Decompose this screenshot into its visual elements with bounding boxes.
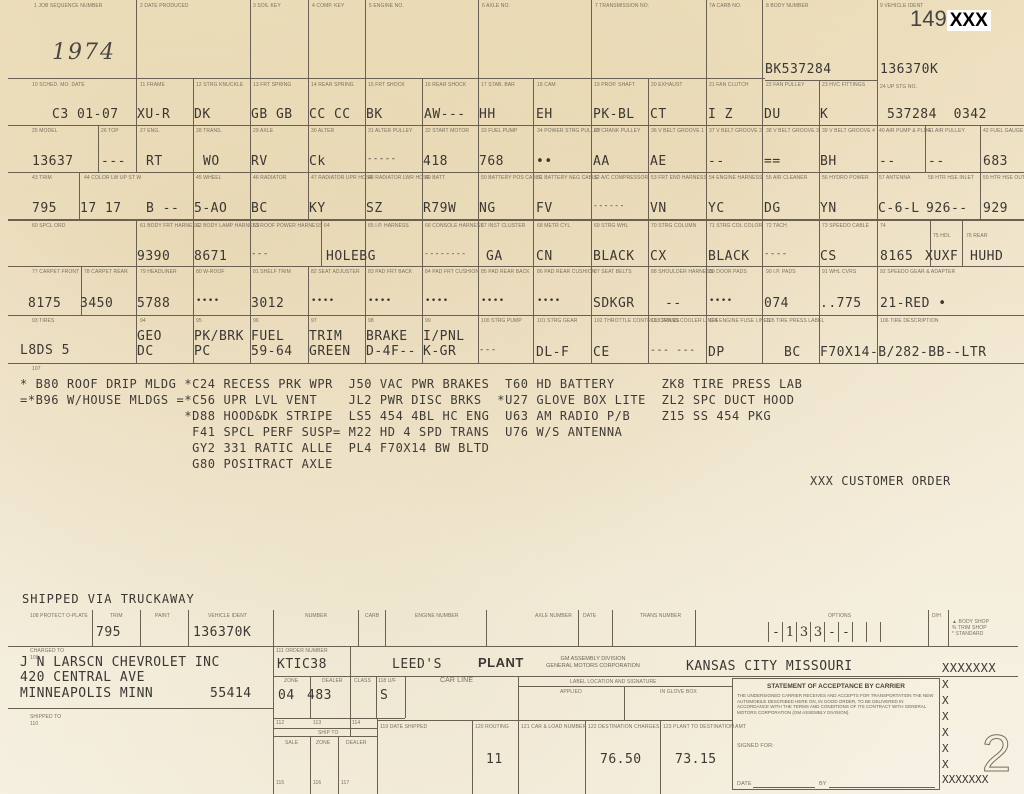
- label-dest-charges: 122 DESTINATION CHARGES: [588, 724, 659, 730]
- option-line: * B80 ROOF DRIP MLDG *C24 RECESS PRK WPR…: [20, 376, 802, 392]
- label-options: OPTIONS: [828, 613, 851, 619]
- model-year-stamp: 1974: [52, 40, 116, 65]
- value-model: 13637: [32, 154, 74, 169]
- label-body-lamp-harness: 62 BODY LAMP HARNESS: [196, 223, 260, 229]
- label-date-shipped: 119 DATE SHIPPED: [380, 724, 427, 730]
- label-rear-shock: 16 REAR SHOCK: [425, 82, 466, 88]
- option-box: -: [768, 622, 783, 642]
- label-115: 115: [276, 780, 284, 786]
- label-dealer: DEALER: [322, 678, 343, 684]
- option-box: -: [838, 622, 853, 642]
- row-divider: [273, 676, 1018, 677]
- label-antenna: 57 ANTENNA: [879, 175, 911, 181]
- col-divider: [376, 676, 377, 718]
- col-divider: [350, 676, 351, 736]
- label-body-number: 8 BODY NUMBER: [766, 3, 809, 9]
- label-zone: ZONE: [284, 678, 298, 684]
- col-divider: [136, 125, 137, 172]
- label-ip-harness: 65 I.P. HARNESS: [368, 223, 409, 229]
- label-inst-cluster: 67 INST CLUSTER: [481, 223, 525, 229]
- col-divider: [706, 0, 707, 125]
- plant-dest-value: 73.15: [675, 752, 717, 767]
- label-rear-spring: 14 REAR SPRING: [311, 82, 354, 88]
- label-headliner: 79 HEADLINER: [140, 269, 177, 275]
- label-top: 26 TOP: [101, 128, 119, 134]
- vehicle-ident-number: 149XXX: [910, 6, 991, 32]
- label-transmission-no: 7 TRANSMISSION NO.: [595, 3, 649, 9]
- label-96: 96: [253, 318, 259, 324]
- value-eng: RT: [146, 154, 163, 169]
- row-divider: [8, 78, 765, 79]
- value-tag-99: I/PNL K-GR: [423, 329, 465, 359]
- label-stab-bar: 17 STAB. BAR: [481, 82, 515, 88]
- label-seat-belts: 87 SEAT BELTS: [594, 269, 632, 275]
- value-speedo-gear: 21-RED •: [880, 296, 947, 311]
- value-batt: R79W: [423, 201, 456, 216]
- row-divider: [8, 363, 1024, 364]
- value-air-pump: --: [879, 154, 896, 169]
- value-stab-bar: HH: [479, 107, 496, 122]
- label-spcl-ord: 60 SPCL ORD: [32, 223, 65, 229]
- label-vbelt-3: 38 V BELT GROOVE 3: [766, 128, 819, 134]
- label-comp-key: 4 COMP. KEY: [312, 3, 344, 9]
- option-line: *D88 HOOD&DK STRIPE LS5 454 4BL HC ENG U…: [20, 408, 771, 424]
- label-97: 97: [311, 318, 317, 324]
- label-carpet-rear: 78 CARPET REAR: [84, 269, 128, 275]
- value-w-roof: ••••: [196, 296, 220, 306]
- value-carpet-rear: 3450: [80, 296, 113, 311]
- dealer-name: J N LARSCN CHEVROLET INC: [20, 655, 220, 670]
- value-cam: EH: [536, 107, 553, 122]
- row-divider: [8, 708, 273, 709]
- label-trans-number: TRANS NUMBER: [640, 613, 681, 619]
- label-eng: 27 ENG.: [140, 128, 160, 134]
- row-divider: [8, 219, 1024, 221]
- option-box: [866, 622, 881, 642]
- col-divider: [518, 676, 519, 794]
- option-line: =*B96 W/HOUSE MLDGS =*C56 UPR LVL VENT J…: [20, 392, 795, 408]
- label-fan-clutch: 21 FAN CLUTCH: [709, 82, 749, 88]
- date-label: DATE: [737, 781, 752, 787]
- label-radiator: 46 RADIATOR: [253, 175, 286, 181]
- value-battery-pos: NG: [479, 201, 496, 216]
- col-divider: [928, 610, 929, 646]
- value-seat-belts: SDKGR: [593, 296, 635, 311]
- dealer-zip: 55414: [210, 686, 252, 701]
- col-divider: [591, 125, 592, 219]
- label-ac-compressor: 52 A/C COMPRESSOR: [594, 175, 648, 181]
- statement-body: The undersigned carrier receives and acc…: [737, 693, 935, 715]
- value-pad-frt-cushion: ••••: [425, 296, 449, 306]
- label-hdl: 75 HDL: [933, 233, 951, 239]
- label-64: 64: [324, 223, 330, 229]
- col-divider: [980, 125, 981, 219]
- label-strg-whl: 69 STRG WHL: [594, 223, 628, 229]
- value-color: 17 17: [80, 201, 122, 216]
- value-inst-cluster: GA: [486, 249, 503, 264]
- vin-prefix: 149: [910, 6, 947, 31]
- value-shoulder-harness: --: [665, 296, 682, 311]
- label-label-location: LABEL LOCATION AND SIGNATURE: [570, 679, 657, 685]
- ship-vehicle-ident-value: 136370K: [193, 625, 251, 640]
- ship-trim-value: 795: [96, 625, 121, 640]
- label-crank-pulley: 35 CRANK PULLEY: [594, 128, 641, 134]
- col-divider: [762, 125, 763, 219]
- label-114: 114: [352, 720, 360, 726]
- label-hydro-power: 56 HYDRO POWER: [822, 175, 869, 181]
- label-pad-frt-back: 83 PAD FRT BACK: [368, 269, 412, 275]
- label-tire-press: 105 TIRE PRESS LABEL: [766, 318, 824, 324]
- option-box: 3: [796, 622, 811, 642]
- value-carpet-front: 8175: [28, 296, 61, 311]
- value-whl-cvrs: ..775: [820, 296, 862, 311]
- row-divider: [8, 266, 1024, 267]
- value-trim: 795: [32, 201, 57, 216]
- label-tire-desc: 106 TIRE DESCRIPTION: [880, 318, 939, 324]
- col-divider: [612, 610, 613, 646]
- label-console-harness: 66 CONSOLE HARNESS: [425, 223, 484, 229]
- uf-value: S: [380, 688, 388, 703]
- label-116: 116: [313, 780, 321, 786]
- label-model: 25 MODEL: [32, 128, 58, 134]
- value-exhaust: CT: [650, 107, 667, 122]
- label-protect-oplate: 108 PROTECT O-PLATE: [30, 613, 88, 619]
- value-color-st: B --: [146, 201, 179, 216]
- value-ac-compressor: ------: [593, 201, 625, 210]
- label-battery-pos: 50 BATTERY POS CABLE: [481, 175, 542, 181]
- value-frame: XU-R: [137, 107, 170, 122]
- row-divider: [273, 736, 378, 737]
- label-in-glove-box: IN GLOVE BOX: [660, 689, 697, 695]
- label-shoulder-harness: 88 SHOULDER HARNESS: [651, 269, 713, 275]
- label-batt: 49 BATT: [425, 175, 445, 181]
- plant-word: PLANT: [478, 655, 524, 670]
- value-strg-knuckle: DK: [194, 107, 211, 122]
- option-box: 3: [810, 622, 825, 642]
- date-signature-line[interactable]: [753, 787, 815, 788]
- value-pad-rear-cushion: ••••: [537, 296, 561, 306]
- value-rear-shock: AW---: [424, 107, 466, 122]
- label-speedo-gear: 92 SPEEDO GEAR & ADAPTER: [880, 269, 955, 275]
- label-number: NUMBER: [305, 613, 327, 619]
- col-divider: [533, 219, 534, 363]
- label-vbelt-4: 39 V BELT GROOVE 4: [822, 128, 875, 134]
- value-rear: HUHD: [970, 249, 1003, 264]
- value-start-motor: 418: [423, 154, 448, 169]
- label-94: 94: [140, 318, 146, 324]
- x-mark: X: [942, 694, 949, 707]
- label-strg-gear: 101 STRG GEAR: [537, 318, 577, 324]
- label-prop-shaft: 19 PROP. SHAFT: [594, 82, 635, 88]
- label-dh: D/H: [932, 613, 941, 619]
- label-uf: 118 U/F: [378, 678, 396, 684]
- label-fuel-gauge: 42 FUEL GAUGE: [983, 128, 1023, 134]
- col-divider: [533, 78, 534, 125]
- value-throttle-cables: CE: [593, 345, 610, 360]
- value-speedo-cable: CS: [820, 249, 837, 264]
- label-shelf-trim: 81 SHELF TRIM: [253, 269, 291, 275]
- value-htr-inlet: 926--: [926, 201, 968, 216]
- dealer-city: MINNEAPOLIS MINN: [20, 686, 153, 701]
- order-number-value: KTIC38: [277, 657, 327, 672]
- label-sale: SALE: [285, 740, 298, 746]
- customer-order-note: XXX CUSTOMER ORDER: [810, 473, 951, 489]
- label-strg-knuckle: 12 STRG KNUCKLE: [196, 82, 243, 88]
- col-divider: [762, 0, 763, 125]
- col-divider: [948, 610, 949, 646]
- copy-number: 2: [982, 728, 1011, 780]
- value-pad-frt-back: ••••: [368, 296, 392, 306]
- label-ip-pads: 90 I.P. PADS: [766, 269, 796, 275]
- label-ship-dealer: DEALER: [346, 740, 367, 746]
- value-tag-98: BRAKE D-4F--: [366, 329, 416, 359]
- label-rear: 76 REAR: [966, 233, 988, 239]
- option-box: 1: [782, 622, 797, 642]
- value-console-harness: --------: [424, 249, 467, 258]
- value-wheel: 5-AO: [194, 201, 227, 216]
- label-ship-zone: ZONE: [316, 740, 330, 746]
- label-95: 95: [196, 318, 202, 324]
- col-divider: [648, 78, 649, 125]
- value-alter-pulley: -----: [367, 154, 397, 164]
- col-divider: [695, 610, 696, 646]
- label-exhaust: 20 EXHAUST: [651, 82, 683, 88]
- label-roof-power-harness: 63 ROOF POWER HARNESS: [253, 223, 322, 229]
- label-cam: 18 CAM: [537, 82, 556, 88]
- by-label: BY: [819, 781, 827, 787]
- option-line: G80 POSITRACT AXLE: [20, 456, 333, 472]
- label-frame: 11 FRAME: [140, 82, 165, 88]
- row-divider: [377, 720, 732, 721]
- value-strg-gear: DL-F: [536, 345, 569, 360]
- value-tag-94: GEO DC: [137, 329, 162, 359]
- col-divider: [273, 646, 274, 794]
- row-divider: [8, 646, 1018, 647]
- value-engine-harness: YC: [708, 201, 725, 216]
- shipped-via: SHIPPED VIA TRUCKAWAY: [22, 592, 195, 606]
- label-job-sequence: 1 JOB SEQUENCE NUMBER: [34, 3, 103, 9]
- value-vbelt-2: --: [708, 154, 725, 169]
- label-frt-shock: 15 FRT SHOCK: [368, 82, 405, 88]
- label-air-pump: 40 AIR PUMP & PLUG: [879, 128, 931, 134]
- label-pad-rear-cushion: 86 PAD REAR CUSHION: [537, 269, 596, 275]
- value-strg-col-color: BLACK: [708, 249, 750, 264]
- plant-city: KANSAS CITY MISSOURI: [686, 659, 853, 674]
- value-up-stg: 537284 0342: [887, 107, 987, 122]
- vin-redacted: XXX: [947, 10, 991, 31]
- col-divider: [533, 125, 534, 219]
- value-htr-outlet: 929: [983, 201, 1008, 216]
- label-htr-inlet: 58 HTR HSE INLET: [928, 175, 974, 181]
- value-power-strg-pulley: ••: [536, 154, 553, 169]
- general-motors-corporation: GENERAL MOTORS CORPORATION: [530, 663, 656, 670]
- label-98: 98: [368, 318, 374, 324]
- label-113: 113: [313, 720, 321, 726]
- label-radiator-upr-hose: 47 RADIATOR UPR HOSE: [311, 175, 373, 181]
- value-64: HOLEBG: [326, 249, 376, 264]
- label-carb: CARB: [365, 613, 379, 619]
- label-74: 74: [880, 223, 886, 229]
- col-divider: [591, 219, 592, 363]
- label-pad-rear-back: 85 PAD REAR BACK: [481, 269, 530, 275]
- gm-division: GM ASSEMBLY DIVISION GENERAL MOTORS CORP…: [530, 656, 656, 669]
- value-tire-desc: F70X14-B/282-BB--LTR: [820, 345, 987, 360]
- option-box: -: [824, 622, 839, 642]
- vehicle-ident-lower-value: 136370K: [880, 62, 938, 77]
- value-tire-press: BC: [784, 345, 801, 360]
- value-sched-date: C3 01-07: [52, 107, 119, 122]
- label-axle-no: 6 AXLE NO.: [482, 3, 510, 9]
- label-vbelt-1: 36 V BELT GROOVE 1: [651, 128, 704, 134]
- col-divider: [310, 736, 311, 794]
- col-divider: [624, 686, 625, 720]
- label-date: DATE: [583, 613, 596, 619]
- value-air-cleaner: DG: [764, 201, 781, 216]
- label-fan-pulley: 22 FAN PULLEY: [766, 82, 805, 88]
- label-air-cleaner: 55 AIR CLEANER: [766, 175, 807, 181]
- label-carb-no: 7A CARB NO.: [709, 3, 742, 9]
- value-tach: ----: [764, 249, 788, 259]
- col-divider: [706, 125, 707, 219]
- label-frt-end-harness: 53 FRT END HARNESS: [651, 175, 707, 181]
- label-tach: 72 TACH: [766, 223, 787, 229]
- row-divider: [8, 125, 1024, 126]
- label-trans: 28 TRANS.: [196, 128, 222, 134]
- dealer-street: 420 CENTRAL AVE: [20, 670, 145, 685]
- value-hydro-power: YN: [820, 201, 837, 216]
- label-hvc-fittings: 23 HVC FITTINGS: [822, 82, 865, 88]
- col-divider: [385, 610, 386, 646]
- value-strg-pump: ---: [479, 345, 497, 355]
- value-fan-clutch: I Z: [708, 107, 733, 122]
- value-vbelt-1: AE: [650, 154, 667, 169]
- label-car-load: 121 CAR & LOAD NUMBER: [521, 724, 586, 730]
- label-117: 117: [341, 780, 349, 786]
- dest-charges-value: 76.50: [600, 752, 642, 767]
- col-divider: [472, 720, 473, 794]
- label-axle-number: AXLE NUMBER: [535, 613, 572, 619]
- col-divider: [648, 219, 649, 363]
- label-alter-pulley: 31 ALTER PULLEY: [368, 128, 413, 134]
- label-99: 99: [425, 318, 431, 324]
- col-divider: [648, 125, 649, 219]
- value-tires: L8DS 5: [20, 343, 70, 358]
- label-strg-pump: 100 STRG PUMP: [481, 318, 522, 324]
- col-divider: [877, 219, 878, 266]
- statement-title: STATEMENT OF ACCEPTANCE BY CARRIER: [733, 683, 939, 690]
- value-radiator-lwr: SZ: [366, 201, 383, 216]
- value-tag-96: FUEL 59-64: [251, 329, 293, 359]
- label-soil-key: 3 SOIL KEY: [253, 3, 281, 9]
- value-74: 8165: [880, 249, 913, 264]
- routing-value: 11: [486, 752, 503, 767]
- col-divider: [92, 610, 93, 646]
- col-divider: [140, 610, 141, 646]
- label-up-stg: 24 UP STG NO.: [880, 84, 917, 90]
- value-axle: RV: [251, 154, 268, 169]
- label-sched: 10 SCHED. MO. DATE: [32, 82, 85, 88]
- value-fuel-pump: 768: [479, 154, 504, 169]
- label-engine-no: 5 ENGINE NO.: [369, 3, 404, 9]
- value-frt-spring: GB GB: [251, 107, 293, 122]
- body-number-value: BK537284: [765, 62, 832, 77]
- x-mark: X: [942, 726, 949, 739]
- value-rear-spring: CC CC: [309, 107, 351, 122]
- value-shelf-trim: 3012: [251, 296, 284, 311]
- row-divider: [8, 172, 1024, 173]
- value-roof-power-harness: ---: [251, 249, 269, 259]
- value-door-pads: ••••: [709, 296, 733, 306]
- value-prop-shaft: PK-BL: [593, 107, 635, 122]
- label-carpet-front: 77 CARPET FRONT: [32, 269, 79, 275]
- label-color: 44 COLOR LW UP ST W: [84, 175, 141, 181]
- label-fuel-pump: 33 FUEL PUMP: [481, 128, 518, 134]
- label-options-107: 107: [32, 366, 41, 372]
- label-routing: 120 ROUTING: [475, 724, 509, 730]
- col-divider: [660, 720, 661, 794]
- value-trans: WO: [203, 154, 220, 169]
- label-paint: PAINT: [155, 613, 170, 619]
- shop-legend: ▲ BODY SHOP % TRIM SHOP * STANDARD: [952, 619, 989, 637]
- col-divider: [478, 219, 479, 363]
- value-air-pulley: --: [928, 154, 945, 169]
- label-date-produced: 2 DATE PRODUCED: [140, 3, 189, 9]
- col-divider: [136, 0, 137, 78]
- value-body-frt-harness: 9390: [137, 249, 170, 264]
- value-fuel-gauge: 683: [983, 154, 1008, 169]
- col-divider: [486, 610, 487, 646]
- label-engine-harness: 54 ENGINE HARNESS: [709, 175, 762, 181]
- value-body-lamp-harness: 8671: [194, 249, 227, 264]
- label-vbelt-2: 37 V BELT GROOVE 2: [709, 128, 762, 134]
- value-hdl: XUXF: [925, 249, 958, 264]
- value-frt-shock: BK: [366, 107, 383, 122]
- label-110: 110: [30, 721, 38, 727]
- col-divider: [585, 720, 586, 794]
- label-whl-cvrs: 91 WHL CVRS: [822, 269, 856, 275]
- label-car-line: CAR LINE: [440, 678, 473, 684]
- value-pad-rear-back: ••••: [481, 296, 505, 306]
- label-door-pads: 89 DOOR PADS: [709, 269, 747, 275]
- label-axle: 29 AXLE: [253, 128, 273, 134]
- label-112: 112: [276, 720, 284, 726]
- option-box: [880, 622, 895, 642]
- label-radiator-lwr-hose: 48 RADIATOR LWR HOSE: [368, 175, 430, 181]
- row-divider: [8, 315, 1024, 316]
- label-trim: TRIM: [110, 613, 123, 619]
- label-wheel: 45 WHEEL: [196, 175, 222, 181]
- label-applied: APPLIED: [560, 689, 582, 695]
- label-order-number: 111 ORDER NUMBER: [276, 648, 328, 654]
- label-trim: 43 TRIM: [32, 175, 52, 181]
- x-mark: X: [942, 710, 949, 723]
- by-signature-line[interactable]: [829, 787, 935, 788]
- label-speedo-cable: 73 SPEEDO CABLE: [822, 223, 869, 229]
- value-alter: Ck: [309, 154, 326, 169]
- label-vehicle-ident: VEHICLE IDENT: [208, 613, 247, 619]
- col-divider: [877, 0, 878, 125]
- label-strg-column: 70 STRG COLUMN: [651, 223, 696, 229]
- col-divider: [706, 219, 707, 363]
- label-shipped-to: SHIPPED TO: [30, 714, 61, 720]
- value-vbelt-3: ==: [764, 154, 781, 169]
- col-divider: [405, 676, 406, 718]
- row-divider: [518, 686, 732, 687]
- label-body-frt-harness: 61 BODY FRT HARNESS: [140, 223, 199, 229]
- label-seat-adjuster: 82 SEAT ADJUSTER: [311, 269, 360, 275]
- col-divider: [578, 610, 579, 646]
- value-hvc-fittings: K: [820, 107, 828, 122]
